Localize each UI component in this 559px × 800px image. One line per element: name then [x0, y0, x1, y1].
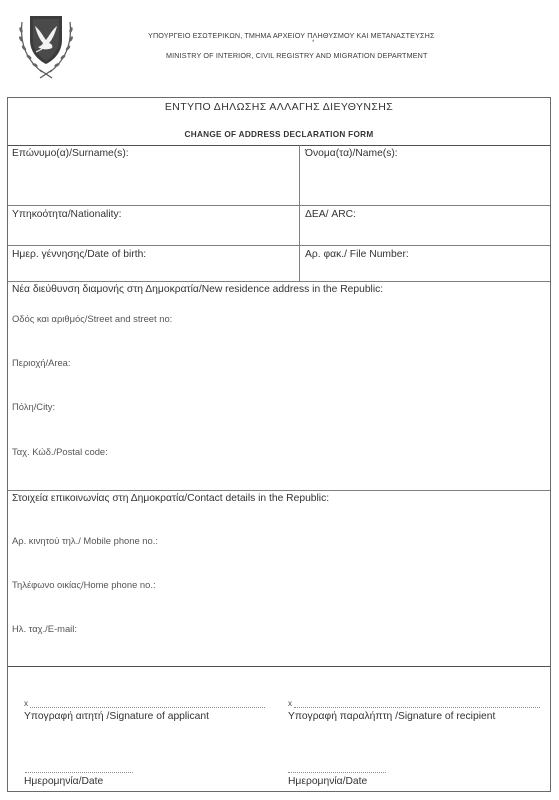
applicant-signature-line[interactable]: [30, 707, 265, 708]
organization-name-greek: ΥΠΟΥΡΓΕΙΟ ΕΣΩΤΕΡΙΚΩΝ, ΤΜΗΜΑ ΑΡΧΕΙΟΥ ΠΛΗΘ…: [148, 31, 435, 40]
postal-code-field[interactable]: Ταχ. Κώδ./Postal code:: [12, 446, 108, 457]
organization-name-english: MINISTRY OF INTERIOR, CIVIL REGISTRY AND…: [166, 51, 428, 60]
recipient-date-line[interactable]: [288, 772, 386, 773]
applicant-signature-label: Υπογραφή αιτητή /Signature of applicant: [24, 711, 209, 722]
applicant-signature-x: x: [24, 699, 28, 708]
file-number-field[interactable]: Αρ. φακ./ File Number:: [305, 249, 409, 260]
area-field[interactable]: Περιοχή/Area:: [12, 357, 70, 368]
address-section-heading: Νέα διεύθυνση διαμονής στη Δημοκρατία/Ne…: [12, 284, 383, 295]
city-field[interactable]: Πόλη/City:: [12, 401, 55, 412]
arc-field[interactable]: ΔΕΑ/ ARC:: [305, 209, 356, 220]
recipient-signature-label: Υπογραφή παραλήπτη /Signature of recipie…: [288, 711, 495, 722]
recipient-date-label: Ημερομηνία/Date: [288, 776, 367, 787]
header-separator: *: [312, 40, 314, 46]
street-field[interactable]: Οδός και αριθμός/Street and street no:: [12, 313, 172, 324]
divider: [8, 245, 550, 246]
form-title-english: CHANGE OF ADDRESS DECLARATION FORM: [8, 130, 550, 139]
email-field[interactable]: Ηλ. ταχ./E-mail:: [12, 623, 77, 634]
divider: [8, 490, 550, 491]
applicant-date-label: Ημερομηνία/Date: [24, 776, 103, 787]
divider: [8, 281, 550, 282]
name-field[interactable]: Όνομα(τα)/Name(s):: [305, 148, 398, 159]
home-phone-field[interactable]: Τηλέφωνο οικίας/Home phone no.:: [12, 579, 156, 590]
applicant-date-line[interactable]: [25, 772, 133, 773]
contact-section-heading: Στοιχεία επικοινωνίας στη Δημοκρατία/Con…: [12, 493, 329, 504]
divider: [8, 666, 550, 667]
column-divider: [299, 145, 300, 281]
mobile-phone-field[interactable]: Αρ. κινητού τηλ./ Mobile phone no.:: [12, 535, 158, 546]
surname-field[interactable]: Επώνυμο(α)/Surname(s):: [12, 148, 129, 159]
recipient-signature-line[interactable]: [294, 707, 540, 708]
divider: [8, 145, 550, 146]
date-of-birth-field[interactable]: Ημερ. γέννησης/Date of birth:: [12, 249, 146, 260]
recipient-signature-x: x: [288, 699, 292, 708]
cyprus-coat-of-arms-icon: [16, 10, 76, 80]
nationality-field[interactable]: Υπηκοότητα/Nationality:: [12, 209, 122, 220]
change-of-address-form: ΕΝΤΥΠΟ ΔΗΛΩΣΗΣ ΑΛΛΑΓΗΣ ΔΙΕΥΘΥΝΣΗΣ CHANGE…: [7, 97, 551, 792]
divider: [8, 205, 550, 206]
form-title-greek: ΕΝΤΥΠΟ ΔΗΛΩΣΗΣ ΑΛΛΑΓΗΣ ΔΙΕΥΘΥΝΣΗΣ: [8, 101, 550, 113]
